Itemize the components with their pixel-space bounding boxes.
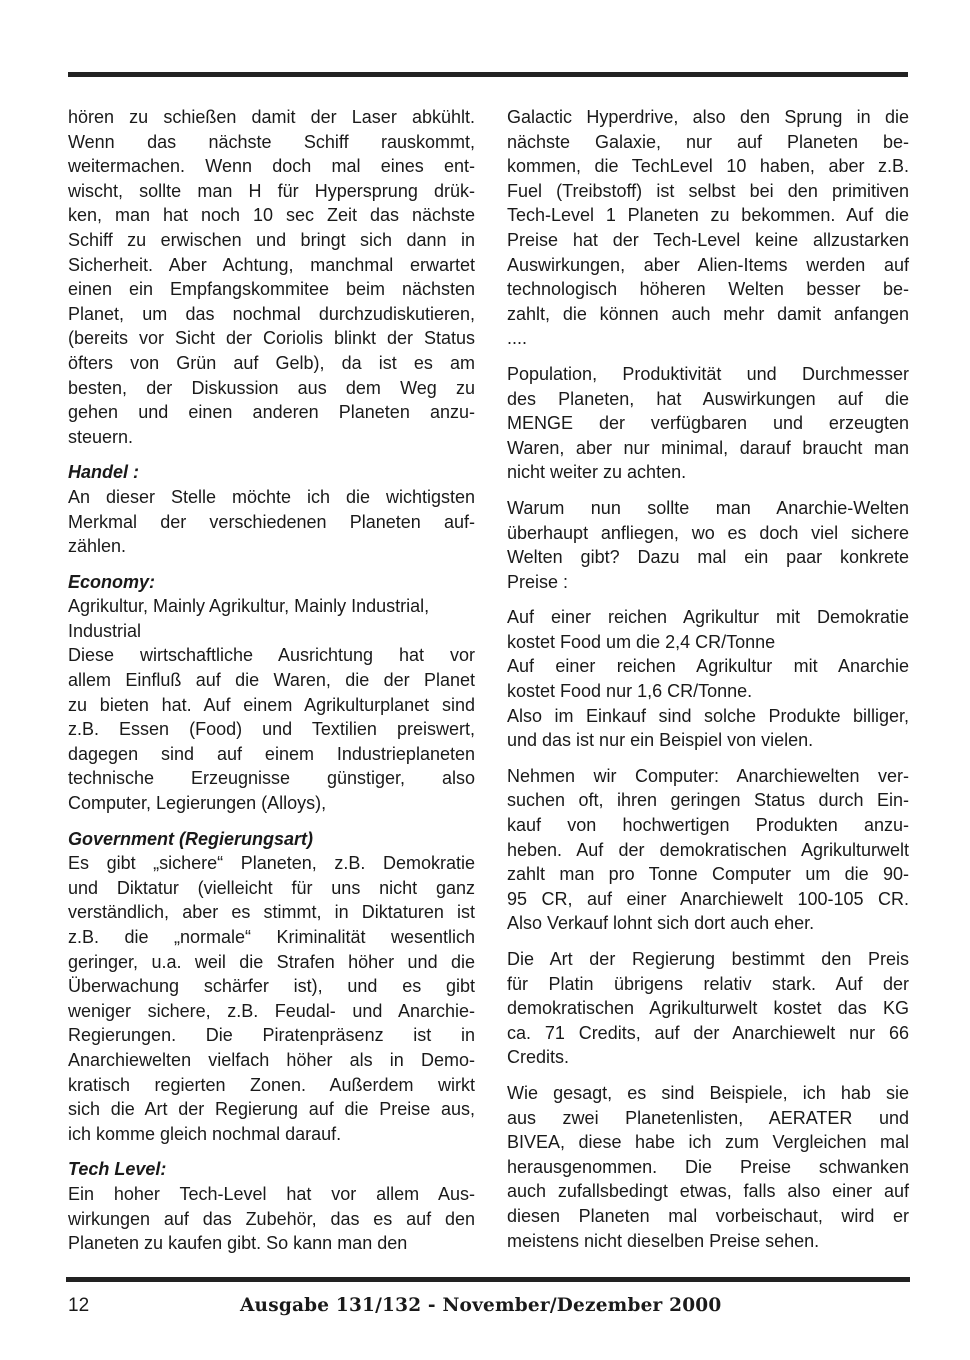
text-line: Also im Einkauf sind solche Produkte bil… (507, 704, 909, 729)
text-line: Die Art der Regierung bestimmt den Preis (507, 947, 909, 972)
text-line: kostet Food nur 1,6 CR/Tonne. (507, 679, 909, 704)
text-line: z.B. die „normale“ Kriminalität wesentli… (68, 925, 475, 950)
text-line: Planeten zu kaufen gibt. So kann man den (68, 1231, 475, 1256)
left-column: hören zu schießen damit der Laser abkühl… (68, 105, 475, 1267)
text-line: heben. Auf der demokratischen Agrikultur… (507, 838, 909, 863)
text-line: sich die Art der Regierung auf die Preis… (68, 1097, 475, 1122)
text-line: auch zufallsbedingt etwas, falls also ei… (507, 1179, 909, 1204)
text-line: Preise : (507, 570, 909, 595)
text-line: Planet, um das nochmal durchzudiskutiere… (68, 302, 475, 327)
text-line: Schiff zu erwischen und bringt sich dann… (68, 228, 475, 253)
article-section: Government (Regierungsart)Es gibt „siche… (68, 827, 475, 1147)
text-line: besten, der Diskussion aus dem Weg zu (68, 376, 475, 401)
text-line: und Diktatur (vielleicht für uns nicht g… (68, 876, 475, 901)
text-line: .... (507, 326, 909, 351)
issue-title: Ausgabe 131/132 - November/Dezember 2000 (240, 1295, 721, 1316)
text-line: steuern. (68, 425, 475, 450)
bottom-rule (66, 1277, 910, 1282)
text-line: Ein hoher Tech-Level hat vor allem Aus- (68, 1182, 475, 1207)
text-line: weitermachen. Wenn doch mal eines ent- (68, 154, 475, 179)
text-line: Wie gesagt, es sind Beispiele, ich hab s… (507, 1081, 909, 1106)
text-line: allem Einfluß auf die Waren, die der Pla… (68, 668, 475, 693)
text-line: Waren, aber nur minimal, darauf braucht … (507, 436, 909, 461)
text-line: weniger sichere, z.B. Feudal- und Anarch… (68, 999, 475, 1024)
paragraph: Nehmen wir Computer: Anarchiewelten ver-… (507, 764, 909, 936)
text-line: Agrikultur, Mainly Agrikultur, Mainly In… (68, 594, 475, 619)
text-line: des Planeten, hat Auswirkungen auf die (507, 387, 909, 412)
page-number: 12 (68, 1295, 89, 1317)
text-line: BIVEA, diese habe ich zum Vergleichen ma… (507, 1130, 909, 1155)
text-line: diesen Planeten mal vorbeischaut, wird e… (507, 1204, 909, 1229)
text-line: Wenn das nächste Schiff rauskommt, (68, 130, 475, 155)
text-line: und das ist nur ein Beispiel von vielen. (507, 728, 909, 753)
paragraph: Population, Produktivität und Durchmesse… (507, 362, 909, 485)
text-line: ca. 71 Credits, auf der Anarchiewelt nur… (507, 1021, 909, 1046)
section-heading: Tech Level: (68, 1157, 475, 1182)
text-line: Industrial (68, 619, 475, 644)
text-line: zahlt man pro Tonne Computer um die 90- (507, 862, 909, 887)
section-heading: Government (Regierungsart) (68, 827, 475, 852)
text-line: (bereits vor Sicht der Coriolis blinkt d… (68, 326, 475, 351)
right-column: Galactic Hyperdrive, also den Sprung in … (507, 105, 909, 1264)
text-line: überhaupt anfliegen, wo es doch viel sic… (507, 521, 909, 546)
text-line: An dieser Stelle möchte ich die wichtigs… (68, 485, 475, 510)
text-line: zahlt, die können auch mehr damit anfang… (507, 302, 909, 327)
paragraph: Auf einer reichen Agrikultur mit Demokra… (507, 605, 909, 753)
text-line: ken, man hat noch 10 sec Zeit das nächst… (68, 203, 475, 228)
text-line: technologisch höheren Welten besser be- (507, 277, 909, 302)
text-line: Tech-Level 1 Planeten zu bekommen. Auf d… (507, 203, 909, 228)
text-line: demokratischen Agrikulturwelt kostet das… (507, 996, 909, 1021)
text-line: geringer, u.a. weil die Strafen höher un… (68, 950, 475, 975)
text-line: Auswirkungen, aber Alien-Items werden au… (507, 253, 909, 278)
article-section: Handel :An dieser Stelle möchte ich die … (68, 460, 475, 558)
text-line: gehen und einen anderen Planeten anzu- (68, 400, 475, 425)
text-line: zählen. (68, 534, 475, 559)
text-line: kostet Food um die 2,4 CR/Tonne (507, 630, 909, 655)
text-line: Sicherheit. Aber Achtung, manchmal erwar… (68, 253, 475, 278)
text-line: Auf einer reichen Agrikultur mit Demokra… (507, 605, 909, 630)
text-line: z.B. Essen (Food) und Textilien preiswer… (68, 717, 475, 742)
text-line: Überwachung schärfer ist), und es gibt (68, 974, 475, 999)
text-line: einen ein Empfangskommitee beim nächsten (68, 277, 475, 302)
paragraph: Die Art der Regierung bestimmt den Preis… (507, 947, 909, 1070)
article-section: Tech Level:Ein hoher Tech-Level hat vor … (68, 1157, 475, 1255)
text-line: 95 CR, auf einer Anarchiewelt 100-105 CR… (507, 887, 909, 912)
text-line: nicht weiter zu achten. (507, 460, 909, 485)
text-line: kauf von hochwertigen Produkten anzu- (507, 813, 909, 838)
paragraph: Warum nun sollte man Anarchie-Weltenüber… (507, 496, 909, 594)
text-line: Galactic Hyperdrive, also den Sprung in … (507, 105, 909, 130)
text-line: suchen oft, ihren geringen Status durch … (507, 788, 909, 813)
text-line: aus zwei Planetenlisten, AERATER und (507, 1106, 909, 1131)
article-section: Economy:Agrikultur, Mainly Agrikultur, M… (68, 570, 475, 816)
page-footer: 12 Ausgabe 131/132 - November/Dezember 2… (68, 1295, 908, 1323)
text-line: kratisch regierten Zonen. Außerdem wirkt (68, 1073, 475, 1098)
paragraph: Wie gesagt, es sind Beispiele, ich hab s… (507, 1081, 909, 1253)
paragraph: Galactic Hyperdrive, also den Sprung in … (507, 105, 909, 351)
text-line: Anarchiewelten vielfach höher als in Dem… (68, 1048, 475, 1073)
text-line: herausgenommen. Die Preise schwanken (507, 1155, 909, 1180)
text-line: Computer, Legierungen (Alloys), (68, 791, 475, 816)
text-line: ich komme gleich nochmal darauf. (68, 1122, 475, 1147)
paragraph: hören zu schießen damit der Laser abkühl… (68, 105, 475, 449)
text-line: dagegen sind auf einem Industrieplaneten (68, 742, 475, 767)
text-line: Credits. (507, 1045, 909, 1070)
text-line: technische Erzeugnisse günstiger, also (68, 766, 475, 791)
text-line: nächste Galaxie, nur auf Planeten be- (507, 130, 909, 155)
text-line: wirkungen auf das Zubehör, das es auf de… (68, 1207, 475, 1232)
text-line: Auf einer reichen Agrikultur mit Anarchi… (507, 654, 909, 679)
text-line: Warum nun sollte man Anarchie-Welten (507, 496, 909, 521)
text-line: Es gibt „sichere“ Planeten, z.B. Demokra… (68, 851, 475, 876)
text-line: Preise hat der Tech-Level keine allzusta… (507, 228, 909, 253)
text-line: kommen, die TechLevel 10 haben, aber z.B… (507, 154, 909, 179)
text-line: wischt, sollte man H für Hypersprung drü… (68, 179, 475, 204)
text-line: Regierungen. Die Piratenpräsenz ist in (68, 1023, 475, 1048)
top-rule (68, 72, 908, 77)
section-heading: Handel : (68, 460, 475, 485)
text-line: Also Verkauf lohnt sich dort auch eher. (507, 911, 909, 936)
text-line: meistens nicht dieselben Preise sehen. (507, 1229, 909, 1254)
text-line: Merkmal der verschiedenen Planeten auf- (68, 510, 475, 535)
text-line: verständlich, aber es stimmt, in Diktatu… (68, 900, 475, 925)
text-line: Fuel (Treibstoff) ist selbst bei den pri… (507, 179, 909, 204)
text-line: Population, Produktivität und Durchmesse… (507, 362, 909, 387)
text-line: für Platin übrigens relativ stark. Auf d… (507, 972, 909, 997)
text-line: Welten gibt? Dazu mal ein paar konkrete (507, 545, 909, 570)
section-heading: Economy: (68, 570, 475, 595)
text-line: Diese wirtschaftliche Ausrichtung hat vo… (68, 643, 475, 668)
text-line: öfters von Grün auf Gelb), da ist es am (68, 351, 475, 376)
text-line: MENGE der verfügbaren und erzeugten (507, 411, 909, 436)
text-line: zu bieten hat. Auf einem Agrikulturplane… (68, 693, 475, 718)
text-line: Nehmen wir Computer: Anarchiewelten ver- (507, 764, 909, 789)
text-line: hören zu schießen damit der Laser abkühl… (68, 105, 475, 130)
